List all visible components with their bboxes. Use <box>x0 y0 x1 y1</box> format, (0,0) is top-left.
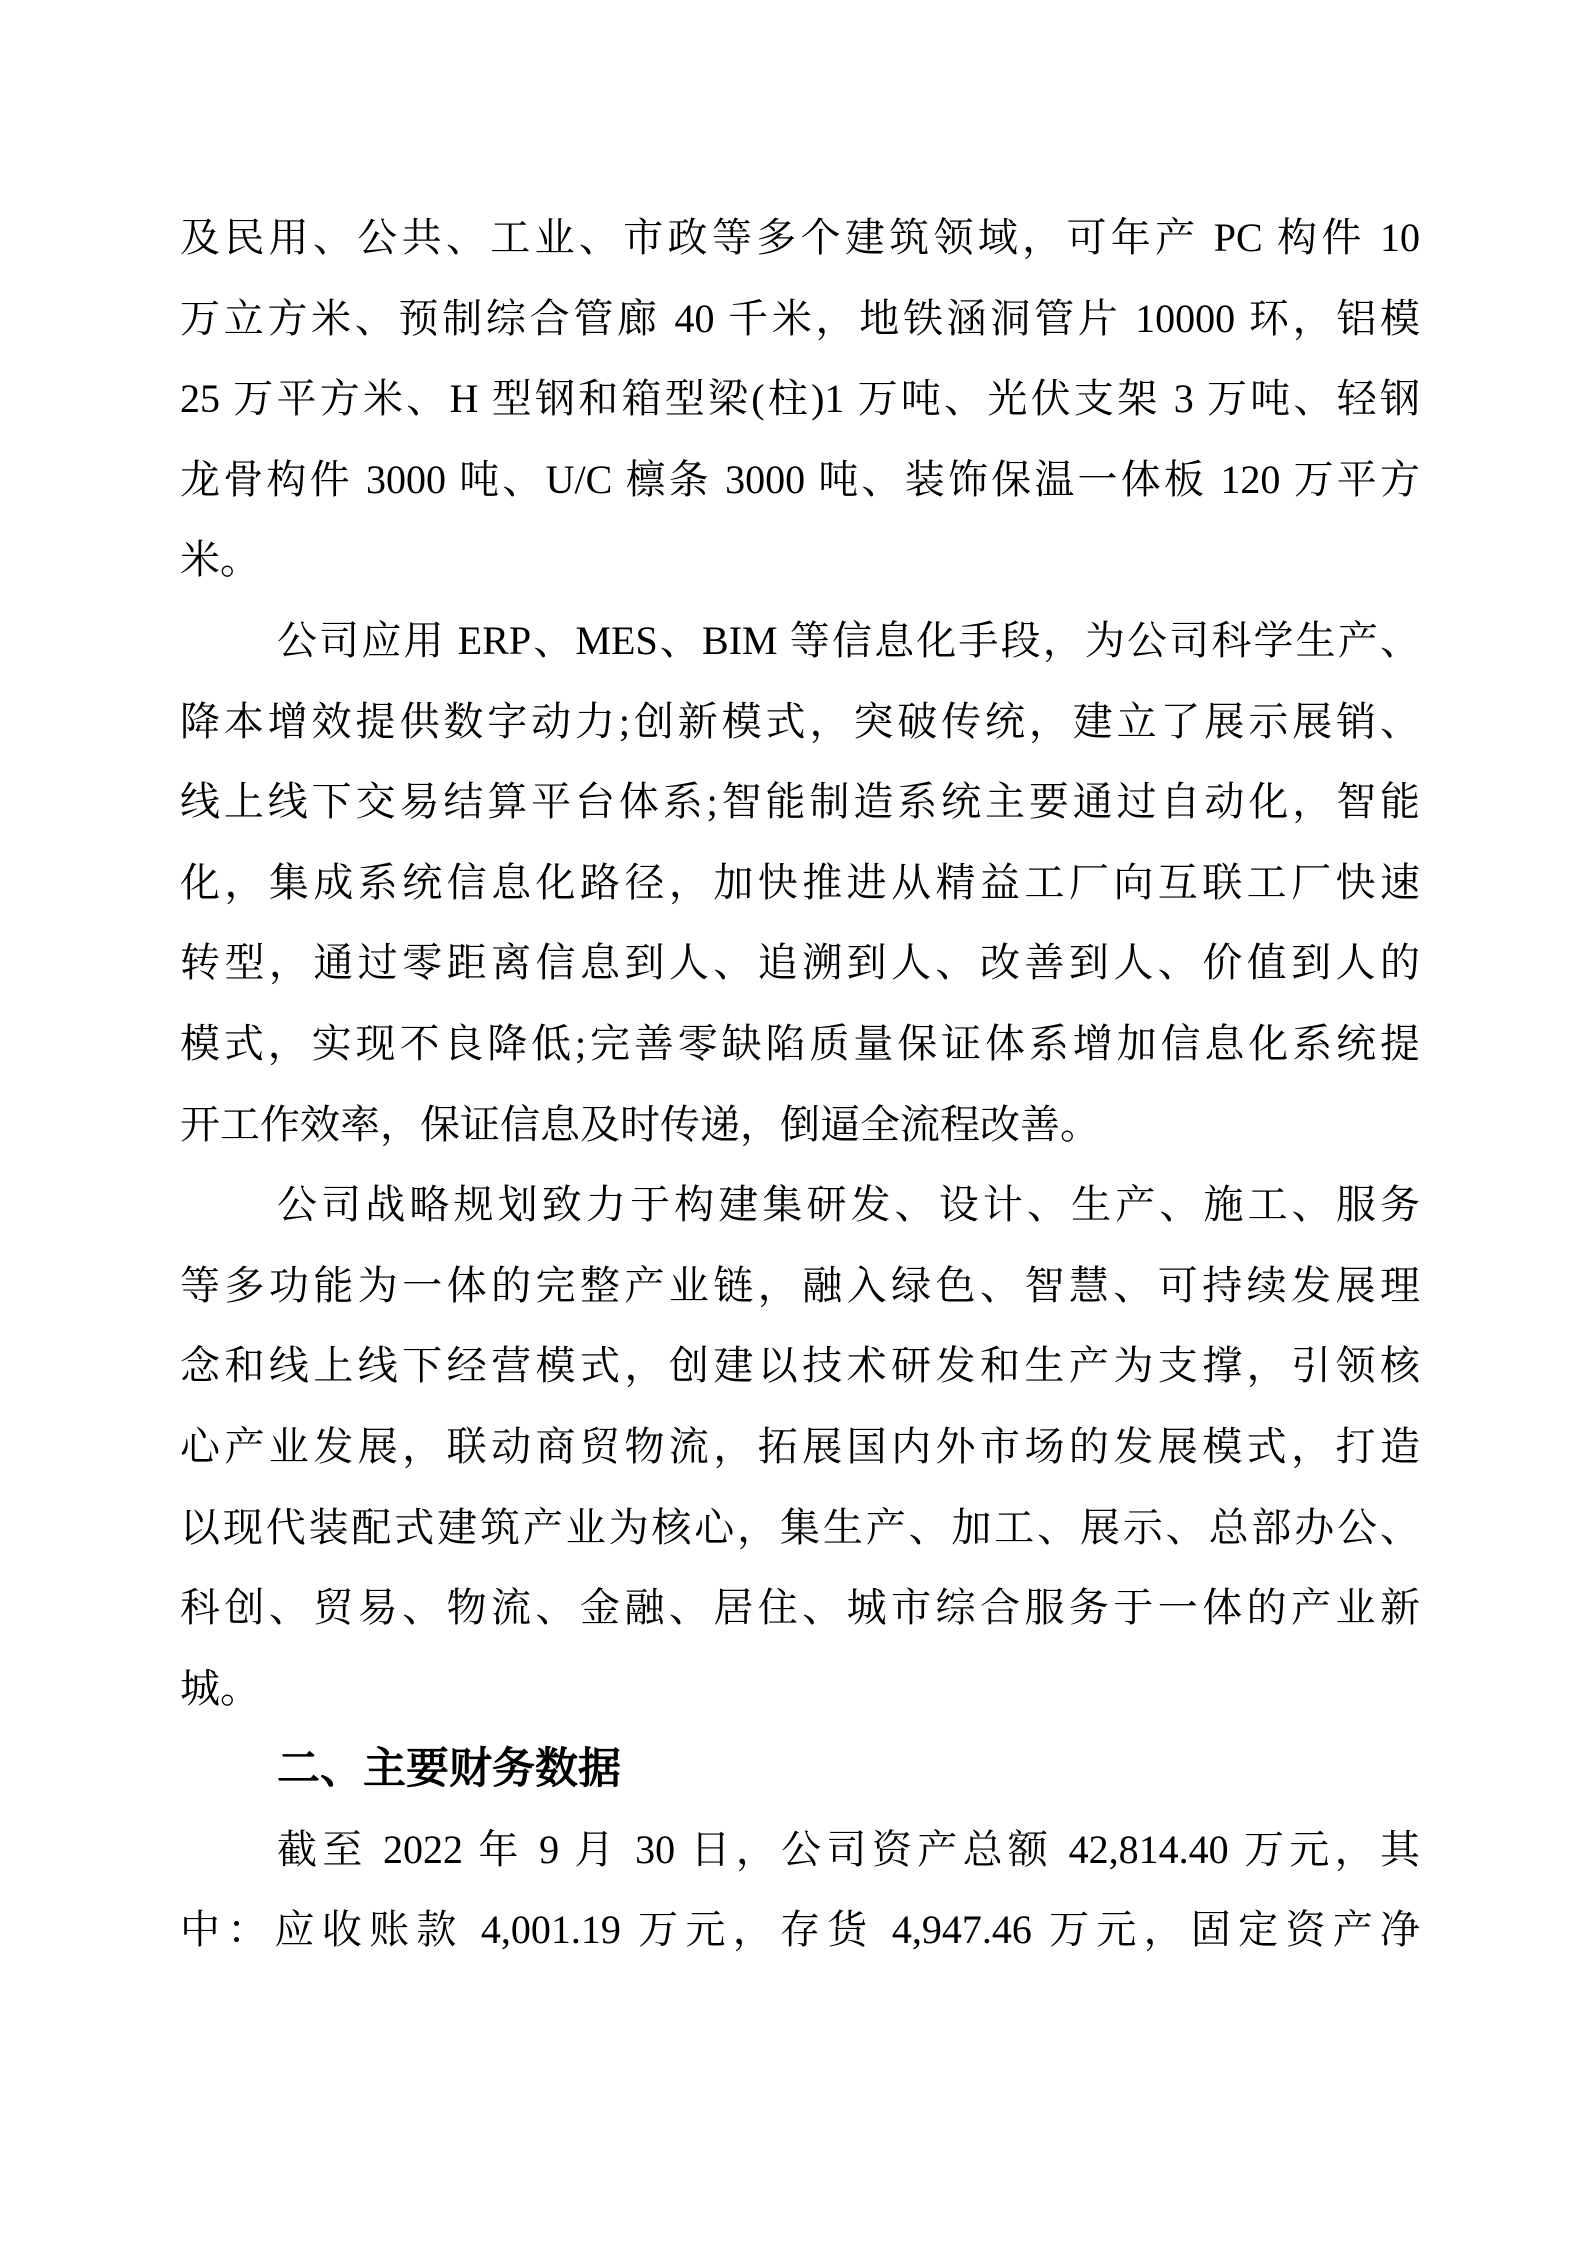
section-heading-financial-data: 二、主要财务数据 <box>180 1729 1420 1810</box>
document-line: 龙骨构件 3000 吨、U/C 檩条 3000 吨、装饰保温一体板 120 万平… <box>180 440 1420 521</box>
document-line: 降本增效提供数字动力;创新模式，突破传统，建立了展示展销、 <box>180 682 1420 763</box>
document-line: 念和线上线下经营模式，创建以技术研发和生产为支撑，引领核 <box>180 1326 1420 1407</box>
document-line: 25 万平方米、H 型钢和箱型梁(柱)1 万吨、光伏支架 3 万吨、轻钢 <box>180 359 1420 440</box>
document-line: 科创、贸易、物流、金融、居住、城市综合服务于一体的产业新 <box>180 1568 1420 1649</box>
document-line: 截至 2022 年 9 月 30 日，公司资产总额 42,814.40 万元，其 <box>180 1810 1420 1891</box>
document-page: 及民用、公共、工业、市政等多个建筑领域，可年产 PC 构件 10 万立方米、预制… <box>0 0 1587 2245</box>
document-line: 公司战略规划致力于构建集研发、设计、生产、施工、服务 <box>180 1165 1420 1246</box>
document-line: 化，集成系统信息化路径，加快推进从精益工厂向互联工厂快速 <box>180 843 1420 924</box>
document-line: 以现代装配式建筑产业为核心，集生产、加工、展示、总部办公、 <box>180 1488 1420 1569</box>
document-line: 米。 <box>180 520 1420 601</box>
document-line: 公司应用 ERP、MES、BIM 等信息化手段，为公司科学生产、 <box>180 601 1420 682</box>
document-line: 等多功能为一体的完整产业链，融入绿色、智慧、可持续发展理 <box>180 1246 1420 1327</box>
document-line: 开工作效率，保证信息及时传递，倒逼全流程改善。 <box>180 1085 1420 1166</box>
document-body: 及民用、公共、工业、市政等多个建筑领域，可年产 PC 构件 10 万立方米、预制… <box>180 198 1420 1971</box>
document-line: 线上线下交易结算平台体系;智能制造系统主要通过自动化，智能 <box>180 762 1420 843</box>
document-line: 转型，通过零距离信息到人、追溯到人、改善到人、价值到人的 <box>180 923 1420 1004</box>
document-line: 及民用、公共、工业、市政等多个建筑领域，可年产 PC 构件 10 <box>180 198 1420 279</box>
document-line: 中：应收账款 4,001.19 万元，存货 4,947.46 万元，固定资产净 <box>180 1890 1420 1971</box>
document-line: 万立方米、预制综合管廊 40 千米，地铁涵洞管片 10000 环，铝模 <box>180 279 1420 360</box>
document-line: 城。 <box>180 1649 1420 1730</box>
document-line: 心产业发展，联动商贸物流，拓展国内外市场的发展模式，打造 <box>180 1407 1420 1488</box>
document-line: 模式，实现不良降低;完善零缺陷质量保证体系增加信息化系统提 <box>180 1004 1420 1085</box>
